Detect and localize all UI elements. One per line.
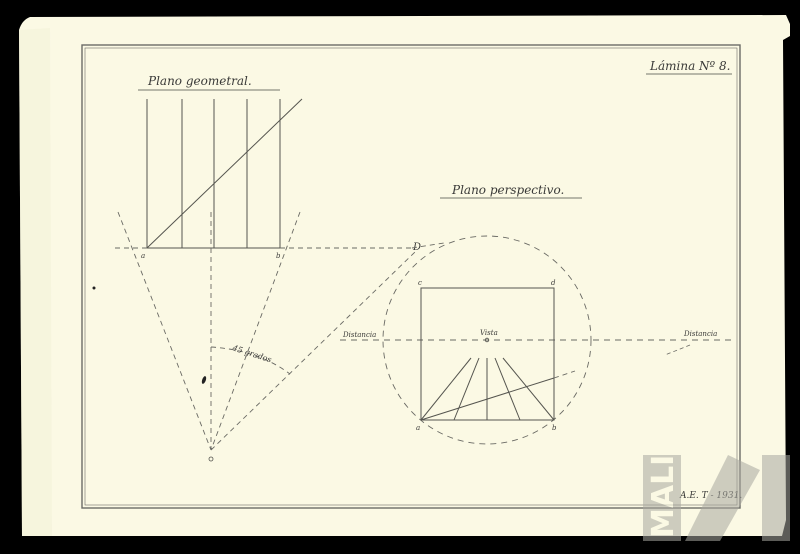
perspective-plan-title: Plano perspectivo. — [451, 183, 564, 197]
point-a-label: a — [141, 252, 145, 260]
horizon-right-label: Distancia — [683, 330, 717, 338]
horizon-left-label: Distancia — [342, 331, 376, 339]
point-b-label: b — [276, 252, 281, 260]
ink-dot — [93, 287, 96, 290]
geometric-plan-title: Plano geometral. — [147, 74, 252, 88]
plate-label: Lámina Nº 8. — [649, 59, 730, 73]
drawing-sheet: Lámina Nº 8. Plano geometral. a b — [0, 0, 800, 554]
point-b-prime-label: b — [552, 424, 557, 432]
point-d-label: d — [551, 279, 556, 287]
paper-edge-shade — [19, 28, 52, 536]
watermark-text: MALI — [646, 455, 681, 538]
point-a-prime-label: a — [416, 424, 420, 432]
point-c-label: c — [418, 279, 422, 287]
horizon-center-label: Vista — [480, 329, 498, 337]
